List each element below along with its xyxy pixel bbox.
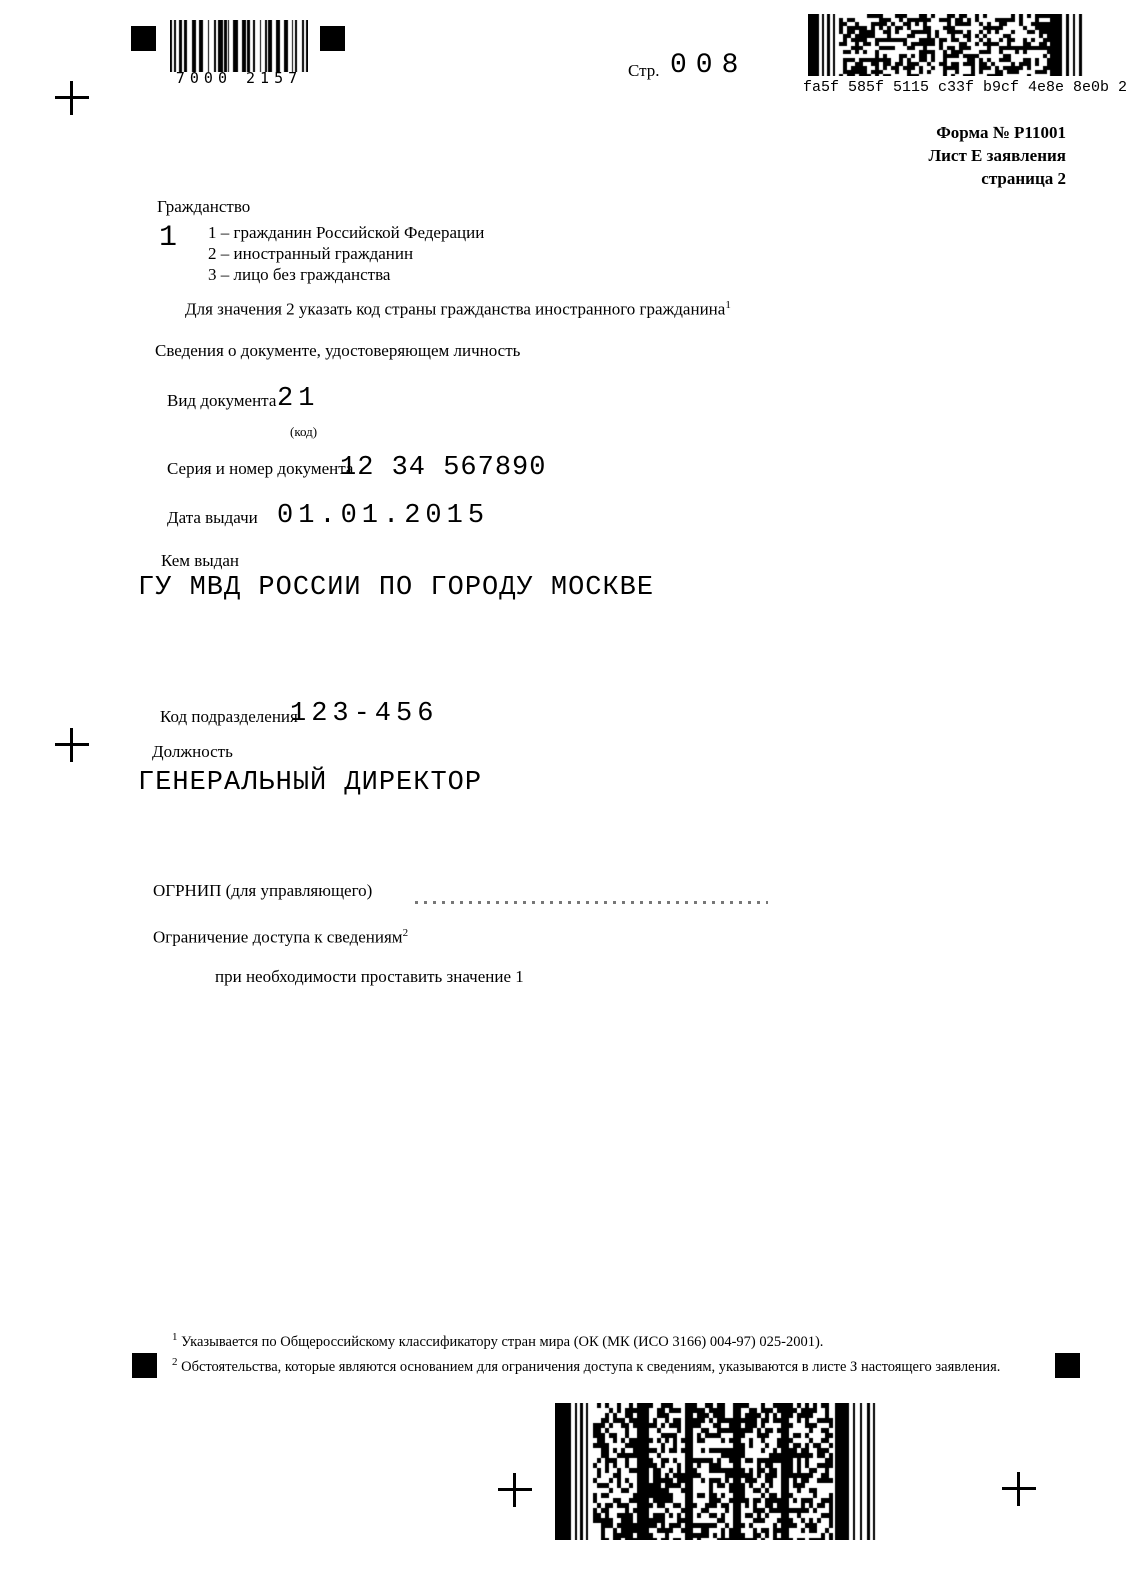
footnote-2: 2 Обстоятельства, которые являются основ…	[172, 1356, 1000, 1376]
page-barcode	[170, 20, 308, 72]
ogrnip-empty-field	[415, 901, 768, 904]
page-number-value: 008	[670, 50, 747, 81]
citizenship-value-field: 1	[159, 221, 178, 255]
position-label: Должность	[152, 742, 233, 762]
citizenship-label: Гражданство	[157, 197, 250, 217]
form-page-r11001: 7000 2157 Стр. 008 fa5f 585f 5115 c33f b…	[0, 0, 1128, 1578]
form-sheet-page: страница 2	[928, 167, 1066, 190]
issued-by-value-field: ГУ МВД РОССИИ ПО ГОРОДУ МОСКВЕ	[138, 573, 654, 603]
black-square-marker	[320, 26, 345, 51]
doc-type-value-field: 21	[277, 384, 319, 414]
footnote-mark-1: 1	[725, 299, 731, 311]
registration-cross-icon	[1002, 1472, 1036, 1506]
issue-date-label: Дата выдачи	[167, 508, 258, 528]
citizenship-hint: Для значения 2 указать код страны гражда…	[185, 299, 731, 320]
footnote-2-mark: 2	[172, 1356, 178, 1368]
form-header: Форма № Р11001 Лист Е заявления страница…	[928, 121, 1066, 190]
access-restriction-label: Ограничение доступа к сведениям2	[153, 927, 408, 948]
black-square-marker	[1055, 1353, 1080, 1378]
issued-by-label: Кем выдан	[161, 551, 239, 571]
ogrnip-label: ОГРНИП (для управляющего)	[153, 881, 372, 901]
registration-cross-icon	[498, 1473, 532, 1507]
footnote-mark-2: 2	[403, 927, 409, 939]
doc-type-caption: (код)	[290, 424, 317, 440]
black-square-marker	[131, 26, 156, 51]
issue-date-value-field: 01.01.2015	[277, 501, 489, 531]
page-number-label: Стр.	[628, 61, 660, 81]
access-restriction-hint: при необходимости проставить значение 1	[215, 967, 524, 987]
doc-series-value-field: 12 34 567890	[340, 453, 546, 483]
registration-cross-icon	[55, 81, 89, 115]
page-barcode-number: 7000 2157	[168, 69, 310, 87]
doc-series-label: Серия и номер документа	[167, 459, 353, 479]
identity-doc-section-title: Сведения о документе, удостоверяющем лич…	[155, 341, 520, 361]
footnote-1-mark: 1	[172, 1331, 178, 1343]
footnote-2-text: Обстоятельства, которые являются основан…	[181, 1359, 1000, 1375]
datamatrix-barcode	[808, 14, 1086, 76]
pdf417-barcode	[555, 1403, 877, 1540]
doc-type-label: Вид документа	[167, 391, 276, 411]
citizenship-option-1: 1 – гражданин Российской Федерации	[208, 222, 484, 243]
footnote-1-text: Указывается по Общероссийскому классифик…	[181, 1334, 823, 1350]
datamatrix-barcode-hex: fa5f 585f 5115 c33f b9cf 4e8e 8e0b 2fe2	[803, 79, 1091, 96]
form-number: Форма № Р11001	[928, 121, 1066, 144]
citizenship-options: 1 – гражданин Российской Федерации 2 – и…	[208, 222, 484, 285]
citizenship-option-3: 3 – лицо без гражданства	[208, 264, 484, 285]
black-square-marker	[132, 1353, 157, 1378]
access-restriction-text: Ограничение доступа к сведениям	[153, 928, 403, 947]
citizenship-hint-text: Для значения 2 указать код страны гражда…	[185, 300, 725, 319]
citizenship-option-2: 2 – иностранный гражданин	[208, 243, 484, 264]
footnote-1: 1 Указывается по Общероссийскому классиф…	[172, 1331, 823, 1351]
division-code-value-field: 123-456	[290, 699, 438, 729]
position-value-field: ГЕНЕРАЛЬНЫЙ ДИРЕКТОР	[138, 768, 482, 798]
form-sheet: Лист Е заявления	[928, 144, 1066, 167]
division-code-label: Код подразделения	[160, 707, 298, 727]
registration-cross-icon	[55, 728, 89, 762]
